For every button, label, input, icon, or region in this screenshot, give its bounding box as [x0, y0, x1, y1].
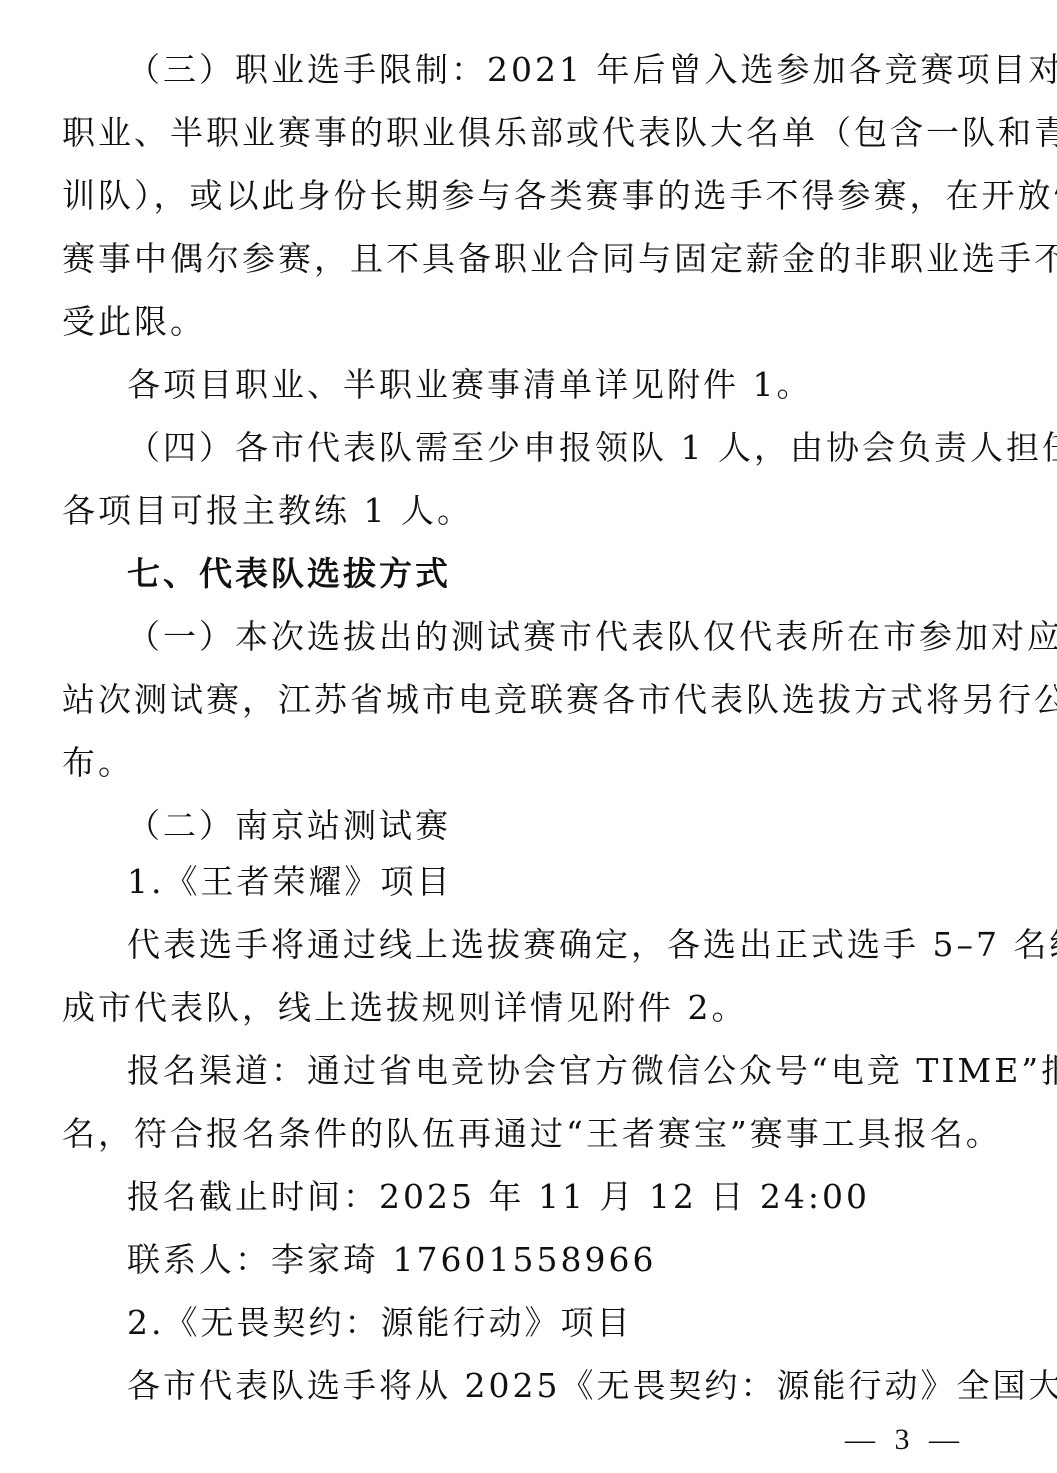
paragraph-line: 训队），或以此身份长期参与各类赛事的选手不得参赛，在开放性 — [62, 176, 1002, 216]
paragraph-line: 职业、半职业赛事的职业俱乐部或代表队大名单（包含一队和青 — [62, 113, 1002, 153]
paragraph-line: 布。 — [62, 743, 1002, 783]
document-page: （三）职业选手限制：2021 年后曾入选参加各竞赛项目对应职业、半职业赛事的职业… — [0, 0, 1057, 1473]
paragraph-line: 各项目职业、半职业赛事清单详见附件 1。 — [127, 365, 1002, 405]
paragraph-line: 成市代表队，线上选拔规则详情见附件 2。 — [62, 988, 1002, 1028]
paragraph-line: （四）各市代表队需至少申报领队 1 人，由协会负责人担任， — [127, 428, 1002, 468]
section-heading: 七、代表队选拔方式 — [127, 554, 1002, 594]
paragraph-line: 站次测试赛，江苏省城市电竞联赛各市代表队选拔方式将另行公 — [62, 680, 1002, 720]
paragraph-line: 代表选手将通过线上选拔赛确定，各选出正式选手 5–7 名组 — [127, 925, 1002, 965]
paragraph-line: 报名渠道：通过省电竞协会官方微信公众号“电竞 TIME”报 — [127, 1051, 1002, 1091]
paragraph-line: 2.《无畏契约：源能行动》项目 — [127, 1303, 1002, 1343]
paragraph-line: 受此限。 — [62, 302, 1002, 342]
paragraph-line: 名，符合报名条件的队伍再通过“王者赛宝”赛事工具报名。 — [62, 1114, 1002, 1154]
paragraph-line: 赛事中偶尔参赛，且不具备职业合同与固定薪金的非职业选手不 — [62, 239, 1002, 279]
paragraph-line: （一）本次选拔出的测试赛市代表队仅代表所在市参加对应 — [127, 617, 1002, 657]
paragraph-line: 各项目可报主教练 1 人。 — [62, 491, 1002, 531]
paragraph-line: 1.《王者荣耀》项目 — [127, 862, 1002, 902]
paragraph-line: 联系人：李家琦 17601558966 — [127, 1240, 1002, 1280]
paragraph-line: （二）南京站测试赛 — [127, 806, 1002, 846]
paragraph-line: 各市代表队选手将从 2025《无畏契约：源能行动》全国大赛 — [127, 1366, 1002, 1406]
paragraph-line: 报名截止时间：2025 年 11 月 12 日 24:00 — [127, 1177, 1002, 1217]
paragraph-line: （三）职业选手限制：2021 年后曾入选参加各竞赛项目对应 — [127, 50, 1002, 90]
page-number: — 3 — — [840, 1420, 970, 1460]
